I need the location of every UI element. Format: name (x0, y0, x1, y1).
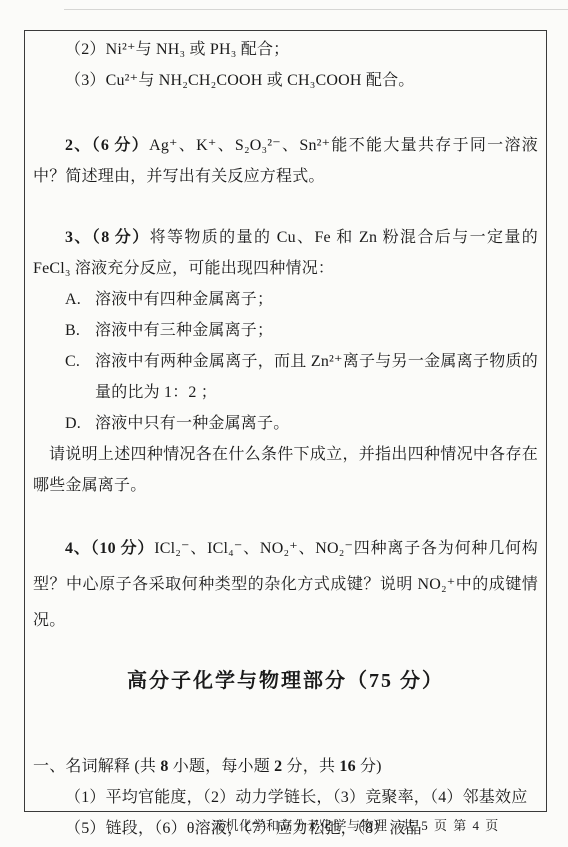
question-3-option-c: C. 溶液中有两种金属离子，而且 Zn²⁺离子与另一金属离子物质的量的比为 1：… (33, 346, 538, 408)
footer-page-number: 共 5 页 第 4 页 (402, 817, 500, 835)
option-text: 溶液中有三种金属离子； (95, 315, 538, 346)
text-segment: 3、（8 分） (65, 229, 150, 246)
polymer-section-title: 高分子化学与物理部分（75 分） (33, 667, 538, 695)
footer-exam-title: 无机化学和高分子化学与物理 (212, 817, 388, 835)
text-segment: 小题，每小题 (169, 758, 275, 775)
text-segment: 一、名词解释 (共 (33, 758, 160, 775)
option-label: A. (65, 284, 95, 315)
option-label: B. (65, 315, 95, 346)
question-3-option-b: B. 溶液中有三种金属离子； (33, 315, 538, 346)
question-3-option-a: A. 溶液中有四种金属离子； (33, 284, 538, 315)
text-segment: 2、（6 分） (65, 137, 149, 154)
option-label: C. (65, 346, 95, 408)
text-segment: 4、（10 分） (65, 540, 154, 557)
text-segment: 8 (160, 758, 168, 775)
page-footer: 无机化学和高分子化学与物理 共 5 页 第 4 页 (0, 817, 568, 837)
subitem-3: （3）Cu²⁺与 NH₂CH₂COOH 或 CH₃COOH 配合。 (33, 65, 538, 96)
subitem-2: （2）Ni²⁺与 NH₃ 或 PH₃ 配合； (33, 34, 538, 65)
option-text: 溶液中有四种金属离子； (95, 284, 538, 315)
scan-artifact-line (64, 9, 568, 10)
polymer-q1-heading: 一、名词解释 (共 8 小题，每小题 2 分，共 16 分) (33, 751, 538, 782)
text-segment: 分，共 (282, 758, 339, 775)
terms-line-1: （1）平均官能度，（2）动力学链长，（3）竞聚率，（4）邻基效应 (33, 782, 538, 813)
question-2: 2、（6 分）Ag⁺、K⁺、S₂O₃²⁻、Sn²⁺能不能大量共存于同一溶液中？简… (33, 130, 538, 192)
exam-content-box: （2）Ni²⁺与 NH₃ 或 PH₃ 配合； （3）Cu²⁺与 NH₂CH₂CO… (24, 30, 547, 812)
question-3-intro: 3、（8 分）将等物质的量的 Cu、Fe 和 Zn 粉混合后与一定量的 FeCl… (33, 222, 538, 284)
option-label: D. (65, 408, 95, 439)
question-3-note: 请说明上述四种情况各在什么条件下成立，并指出四种情况中各存在哪些金属离子。 (33, 439, 538, 501)
question-3-option-d: D. 溶液中只有一种金属离子。 (33, 408, 538, 439)
option-text: 溶液中有两种金属离子，而且 Zn²⁺离子与另一金属离子物质的量的比为 1：2 ； (95, 346, 538, 408)
question-4: 4、（10 分）ICl₂⁻、ICl₄⁻、NO₂⁺、NO₂⁻四种离子各为何种几何构… (33, 531, 538, 639)
text-segment: 分) (356, 758, 382, 775)
option-text: 溶液中只有一种金属离子。 (95, 408, 538, 439)
text-segment: 16 (339, 758, 355, 775)
